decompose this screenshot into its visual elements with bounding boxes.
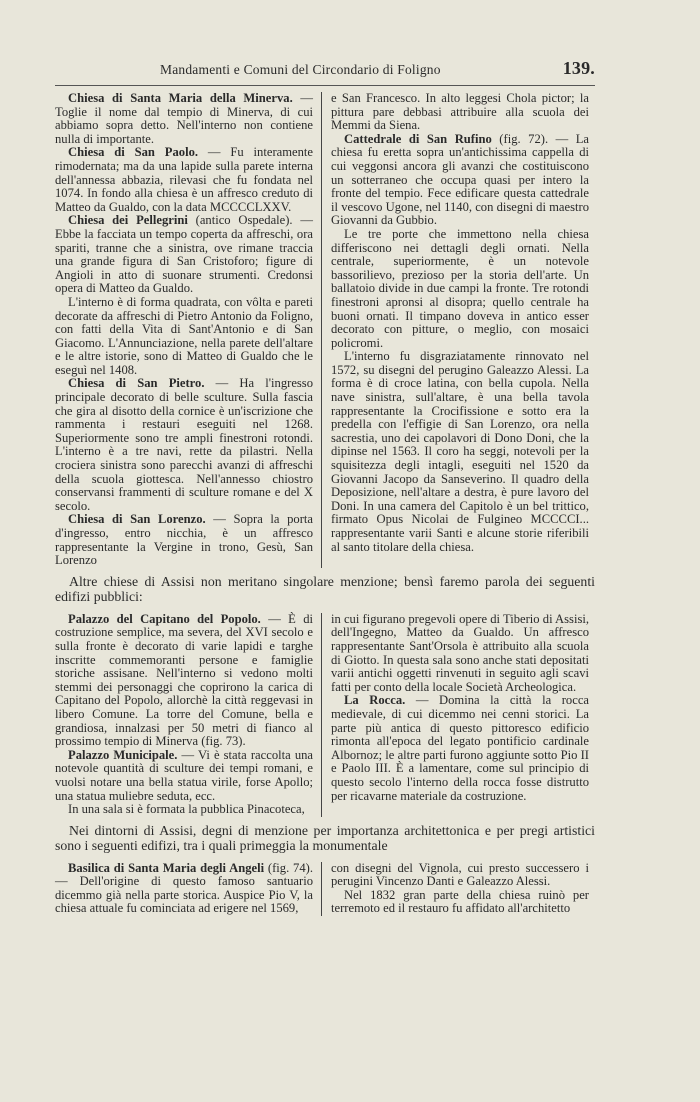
- paragraph-heading: Chiesa di San Lorenzo.: [68, 512, 206, 526]
- book-page: Mandamenti e Comuni del Circondario di F…: [55, 58, 595, 916]
- paragraph: Cattedrale di San Rufino (fig. 72). — La…: [331, 133, 589, 228]
- paragraph-heading: Chiesa di San Pietro.: [68, 376, 204, 390]
- paragraph: La Rocca. — Domina la città la rocca med…: [331, 694, 589, 803]
- paragraph: in cui figurano pregevoli opere di Tiber…: [331, 613, 589, 695]
- section-3-right-column: con disegni del Vignola, cui presto succ…: [321, 862, 589, 916]
- paragraph-text: — Ha l'ingresso principale decorato di b…: [55, 376, 313, 512]
- paragraph: Palazzo del Capitano del Popolo. — È di …: [55, 613, 313, 749]
- paragraph: Chiesa di San Lorenzo. — Sopra la porta …: [55, 513, 313, 567]
- paragraph-heading: Chiesa dei Pellegrini: [68, 213, 188, 227]
- transition-paragraph-1: Altre chiese di Assisi non meritano sing…: [55, 574, 595, 605]
- paragraph: Palazzo Municipale. — Vi è stata raccolt…: [55, 749, 313, 803]
- paragraph: Chiesa di San Pietro. — Ha l'ingresso pr…: [55, 377, 313, 513]
- paragraph-text: — È di costruzione semplice, ma severa, …: [55, 612, 313, 748]
- paragraph: Chiesa di Santa Maria della Minerva. — T…: [55, 92, 313, 146]
- page-number: 139.: [563, 58, 595, 79]
- section-3-columns: Basilica di Santa Maria degli Angeli (fi…: [55, 862, 595, 916]
- paragraph: L'interno fu disgraziatamente rinnovato …: [331, 350, 589, 554]
- running-head-title: Mandamenti e Comuni del Circondario di F…: [160, 62, 441, 78]
- section-1-columns: Chiesa di Santa Maria della Minerva. — T…: [55, 92, 595, 568]
- section-3-left-column: Basilica di Santa Maria degli Angeli (fi…: [55, 862, 321, 916]
- paragraph-heading: Palazzo Municipale.: [68, 748, 177, 762]
- paragraph: con disegni del Vignola, cui presto succ…: [331, 862, 589, 889]
- running-head: Mandamenti e Comuni del Circondario di F…: [55, 58, 595, 86]
- paragraph-heading: Chiesa di San Paolo.: [68, 145, 198, 159]
- paragraph: Chiesa di San Paolo. — Fu interamente ri…: [55, 146, 313, 214]
- section-2-left-column: Palazzo del Capitano del Popolo. — È di …: [55, 613, 321, 817]
- paragraph: e San Francesco. In alto leggesi Chola p…: [331, 92, 589, 133]
- paragraph-heading: Palazzo del Capitano del Popolo.: [68, 612, 261, 626]
- paragraph-heading: La Rocca.: [344, 693, 405, 707]
- paragraph-text: (fig. 72). — La chiesa fu eretta sopra u…: [331, 132, 589, 228]
- section-1-left-column: Chiesa di Santa Maria della Minerva. — T…: [55, 92, 321, 568]
- paragraph-heading: Cattedrale di San Rufino: [344, 132, 492, 146]
- section-2-columns: Palazzo del Capitano del Popolo. — È di …: [55, 613, 595, 817]
- paragraph-text: — Domina la città la rocca medievale, di…: [331, 693, 589, 802]
- paragraph: In una sala si è formata la pubblica Pin…: [55, 803, 313, 817]
- paragraph: Basilica di Santa Maria degli Angeli (fi…: [55, 862, 313, 916]
- paragraph: Le tre porte che immettono nella chiesa …: [331, 228, 589, 350]
- paragraph-heading: Chiesa di Santa Maria della Minerva.: [68, 91, 293, 105]
- paragraph-heading: Basilica di Santa Maria degli Angeli: [68, 861, 264, 875]
- section-2-right-column: in cui figurano pregevoli opere di Tiber…: [321, 613, 589, 817]
- paragraph: Nel 1832 gran parte della chiesa ruinò p…: [331, 889, 589, 916]
- section-1-right-column: e San Francesco. In alto leggesi Chola p…: [321, 92, 589, 568]
- paragraph: Chiesa dei Pellegrini (antico Ospedale).…: [55, 214, 313, 296]
- transition-paragraph-2: Nei dintorni di Assisi, degni di menzion…: [55, 823, 595, 854]
- paragraph: L'interno è di forma quadrata, con vôlta…: [55, 296, 313, 378]
